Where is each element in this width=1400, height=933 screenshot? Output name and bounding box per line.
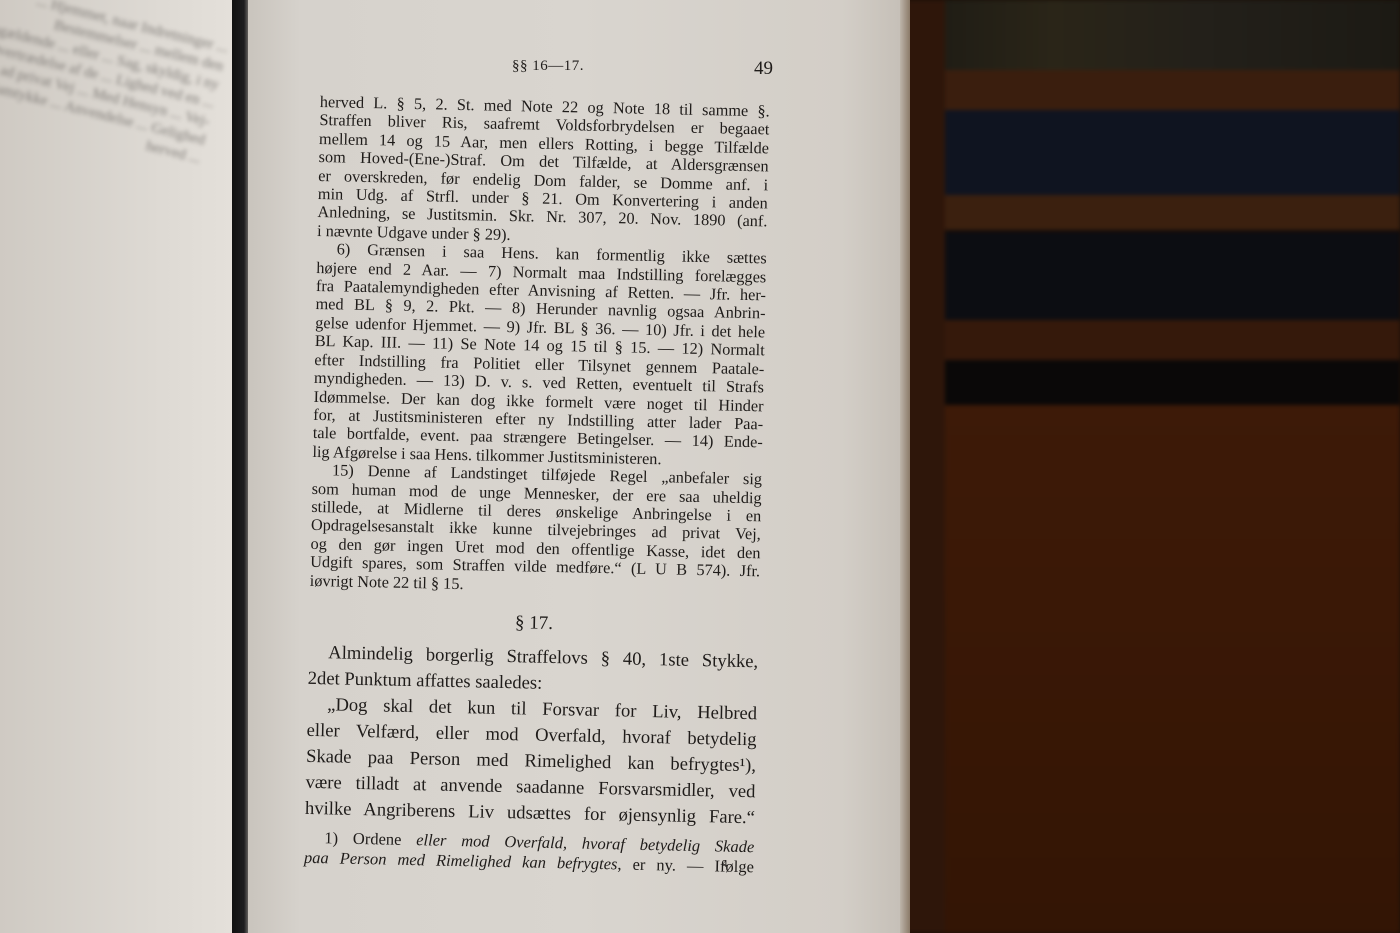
notes-block-3: 15) Denne af Landstinget tilføjede Regel… bbox=[310, 461, 763, 599]
book-row-top bbox=[905, 0, 1400, 75]
page-text: herved L. § 5, 2. St. med Note 22 og Not… bbox=[304, 93, 770, 877]
shelf-board bbox=[905, 195, 1400, 230]
bookshelf-background bbox=[905, 0, 1400, 933]
section-heading: § 17. bbox=[309, 608, 759, 639]
book-row-bottom bbox=[905, 360, 1400, 405]
book-row-lower bbox=[905, 232, 1400, 320]
left-page-blurred-text: ... Hjemmet, naar Indretninger ... Beste… bbox=[0, 0, 230, 169]
page-header: §§ 16—17. 49 bbox=[248, 58, 908, 82]
right-page: §§ 16—17. 49 herved L. § 5, 2. St. med N… bbox=[248, 0, 908, 933]
notes-block-1: herved L. § 5, 2. St. med Note 22 og Not… bbox=[317, 93, 770, 250]
shelf-post bbox=[905, 0, 945, 933]
wooden-desk bbox=[905, 405, 1400, 933]
page-number: 49 bbox=[754, 58, 773, 80]
page-edge bbox=[900, 0, 910, 933]
shelf-board bbox=[905, 320, 1400, 360]
notes-block-2: 6) Grænsen i saa Hens. kan formentlig ik… bbox=[312, 240, 767, 470]
left-page: ... Hjemmet, naar Indretninger ... Beste… bbox=[0, 0, 232, 933]
shelf-board bbox=[905, 70, 1400, 110]
book-row-middle bbox=[905, 110, 1400, 200]
signature-mark: 4 bbox=[722, 858, 728, 870]
running-head: §§ 16—17. bbox=[512, 58, 584, 75]
section-body: Almindelig borgerlig Straffelovs § 40, 1… bbox=[305, 640, 759, 831]
footnote: 1) Ordene eller mod Overfald, hvoraf bet… bbox=[304, 828, 755, 877]
